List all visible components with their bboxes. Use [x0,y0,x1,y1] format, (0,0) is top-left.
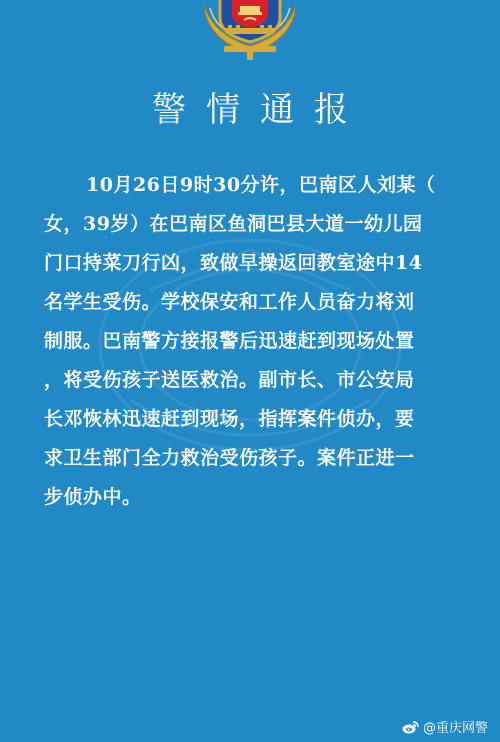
weibo-handle: @重庆网警 [423,717,488,736]
page-title: 警情通报 [0,86,500,134]
notice-body: 10月26日9时30分许，巴南区人刘某（ 女，39岁）在巴南区鱼洞巴县大道一幼儿… [44,166,464,517]
body-line: 门口持菜刀行凶，致做早操返回教室途中14 [44,244,464,283]
police-emblem-icon [196,0,304,62]
body-line: 10月26日9时30分许，巴南区人刘某（ [44,166,464,205]
body-line: 长邓恢林迅速赶到现场，指挥案件侦办，要 [44,400,464,439]
weibo-icon [402,720,420,734]
weibo-watermark: @重庆网警 [402,717,488,736]
body-line: 求卫生部门全力救治受伤孩子。案件正进一 [44,439,464,478]
body-line: 名学生受伤。学校保安和工作人员奋力将刘 [44,283,464,322]
body-line: 女，39岁）在巴南区鱼洞巴县大道一幼儿园 [44,205,464,244]
body-line: 步侦办中。 [44,478,464,517]
body-line: ，将受伤孩子送医救治。副市长、市公安局 [44,361,464,400]
body-line: 制服。巴南警方接报警后迅速赶到现场处置 [44,322,464,361]
